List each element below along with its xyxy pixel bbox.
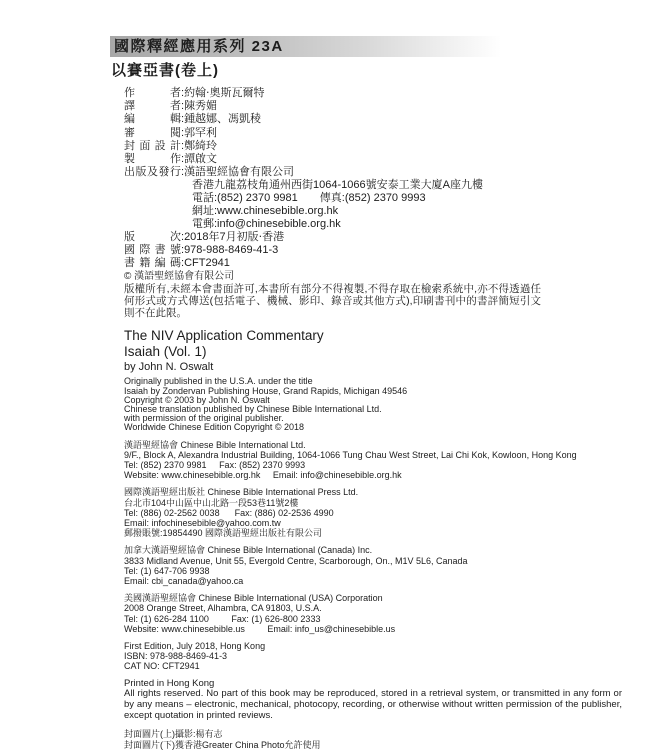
office-title: 國際漢語聖經出版社 Chinese Bible International Pr… [124,487,650,497]
credit-row-production: 製作:譚啟文 [124,153,650,166]
isbn-row: 國際書號:978-988-8469-41-3 [124,244,650,257]
credit-value: 陳秀媚 [184,100,217,113]
publisher-address: 香港九龍荔枝角通州西街1064-1066號安泰工業大廈A座九樓 [192,179,650,192]
office-usa: 美國漢語聖經協會 Chinese Bible International (US… [124,593,650,634]
office-tel-fax: Tel: (886) 02-2562 0038 Fax: (886) 02-25… [124,508,650,518]
office-tel: Tel: (1) 647-706 9938 [124,566,650,576]
edition-row: 版次:2018年7月初版‧香港 [124,231,650,244]
office-title: 美國漢語聖經協會 Chinese Bible International (US… [124,593,650,603]
publisher-tel-fax: 電話:(852) 2370 9981 傳真:(852) 2370 9993 [192,192,650,205]
credit-row-author: 作者:約翰‧奧斯瓦爾特 [124,87,650,100]
isbn-label: 國際書號 [124,244,181,257]
publisher-details: 香港九龍荔枝角通州西街1064-1066號安泰工業大廈A座九樓 電話:(852)… [192,179,650,230]
office-tel-fax: Tel: (1) 626-284 1100 Fax: (1) 626-800 2… [124,614,650,624]
office-canada: 加拿大漢語聖經協會 Chinese Bible International (C… [124,545,650,586]
credit-label: 審閱 [124,127,181,140]
credit-row-cover-design: 封面設計:鄭綺玲 [124,140,650,153]
office-web-email: Website: www.chinesebible.us Email: info… [124,624,650,634]
copyright-page: 國際釋經應用系列 23A 以賽亞書(卷上) 作者:約翰‧奧斯瓦爾特 譯者:陳秀媚… [0,0,650,750]
notice-line: Worldwide Chinese Edition Copyright © 20… [124,423,650,432]
credit-label: 出版及發行 [124,166,181,179]
rights-notice-en: All rights reserved. No part of this boo… [124,689,622,721]
cat-no-line: CAT NO: CFT2941 [124,661,650,671]
edition-value: 2018年7月初版‧香港 [184,231,284,244]
author-byline: by John N. Oswalt [124,361,650,373]
office-email: Email: cbi_canada@yahoo.ca [124,576,650,586]
printing-block: Printed in Hong Kong All rights reserved… [124,679,650,722]
credit-label: 編輯 [124,113,181,126]
book-title: 以賽亞書(卷上) [111,62,650,79]
isbn-line: ISBN: 978-988-8469-41-3 [124,651,650,661]
english-book-title: Isaiah (Vol. 1) [124,344,650,360]
catalog-row: 書籍編碼:CFT2941 [124,257,650,270]
credit-label: 作者 [124,87,181,100]
english-title-block: The NIV Application Commentary Isaiah (V… [124,328,650,359]
publisher-email: 電郵:info@chinesebible.org.hk [192,218,650,231]
publication-notice: Originally published in the U.S.A. under… [124,377,650,432]
office-title: 加拿大漢語聖經協會 Chinese Bible International (C… [124,545,650,555]
office-hong-kong: 漢語聖經協會 Chinese Bible International Ltd. … [124,440,650,481]
cover-credits-block: 封面圖片(上)攝影:楊有志 封面圖片(下)獲香港Greater China Ph… [124,729,650,750]
office-postal-account: 郵撥賬號:19854490 國際漢語聖經出版社有限公司 [124,528,650,538]
office-list: 漢語聖經協會 Chinese Bible International Ltd. … [110,440,650,634]
cover-photo-credit-top: 封面圖片(上)攝影:楊有志 [124,729,650,740]
office-taiwan: 國際漢語聖經出版社 Chinese Bible International Pr… [124,487,650,538]
office-address: 2008 Orange Street, Alhambra, CA 91803, … [124,603,650,613]
office-email: Email: infochinesebible@yahoo.com.tw [124,518,650,528]
copyright-notice-zh: 版權所有,未經本會書面許可,本書所有部分不得複製,不得存取在檢索系統中,亦不得透… [124,283,541,320]
edition-label: 版次 [124,231,181,244]
cover-photo-credit-bottom: 封面圖片(下)獲香港Greater China Photo允許使用 [124,740,650,750]
credit-row-publisher: 出版及發行:漢語聖經協會有限公司 [124,166,650,179]
isbn-value: 978-988-8469-41-3 [184,244,278,257]
chinese-copyright-block: © 漢語聖經協會有限公司 版權所有,未經本會書面許可,本書所有部分不得複製,不得… [124,271,541,319]
credit-value: 郭罕利 [184,127,217,140]
credit-value: 鍾越娜、馮凱稜 [184,113,261,126]
credit-row-reviewer: 審閱:郭罕利 [124,127,650,140]
credit-label: 製作 [124,153,181,166]
credit-row-editor: 編輯:鍾越娜、馮凱稜 [124,113,650,126]
series-title-bar: 國際釋經應用系列 23A [110,36,535,57]
credit-value: 漢語聖經協會有限公司 [184,166,294,179]
credit-value: 鄭綺玲 [184,140,217,153]
credit-row-translator: 譯者:陳秀媚 [124,100,650,113]
series-title: 國際釋經應用系列 23A [114,38,284,55]
edition-info-block: First Edition, July 2018, Hong Kong ISBN… [124,641,650,672]
credit-label: 譯者 [124,100,181,113]
catalog-label: 書籍編碼 [124,257,181,270]
credit-value: 譚啟文 [184,153,217,166]
office-title: 漢語聖經協會 Chinese Bible International Ltd. [124,440,650,450]
office-address: 3833 Midland Avenue, Unit 55, Evergold C… [124,556,650,566]
first-edition-line: First Edition, July 2018, Hong Kong [124,641,650,651]
credit-label: 封面設計 [124,140,181,153]
credits-block: 作者:約翰‧奧斯瓦爾特 譯者:陳秀媚 編輯:鍾越娜、馮凱稜 審閱:郭罕利 封面設… [124,87,650,270]
office-tel-fax: Tel: (852) 2370 9981 Fax: (852) 2370 999… [124,460,650,470]
office-address: 台北市104中山區中山北路一段53巷11號2樓 [124,498,650,508]
office-web-email: Website: www.chinesebible.org.hk Email: … [124,470,650,480]
catalog-value: CFT2941 [184,257,230,270]
office-address: 9/F., Block A, Alexandra Industrial Buil… [124,450,650,460]
english-series-title: The NIV Application Commentary [124,328,650,344]
copyright-owner: © 漢語聖經協會有限公司 [124,271,541,283]
publisher-website: 網址:www.chinesebible.org.hk [192,205,650,218]
credit-value: 約翰‧奧斯瓦爾特 [184,87,265,100]
